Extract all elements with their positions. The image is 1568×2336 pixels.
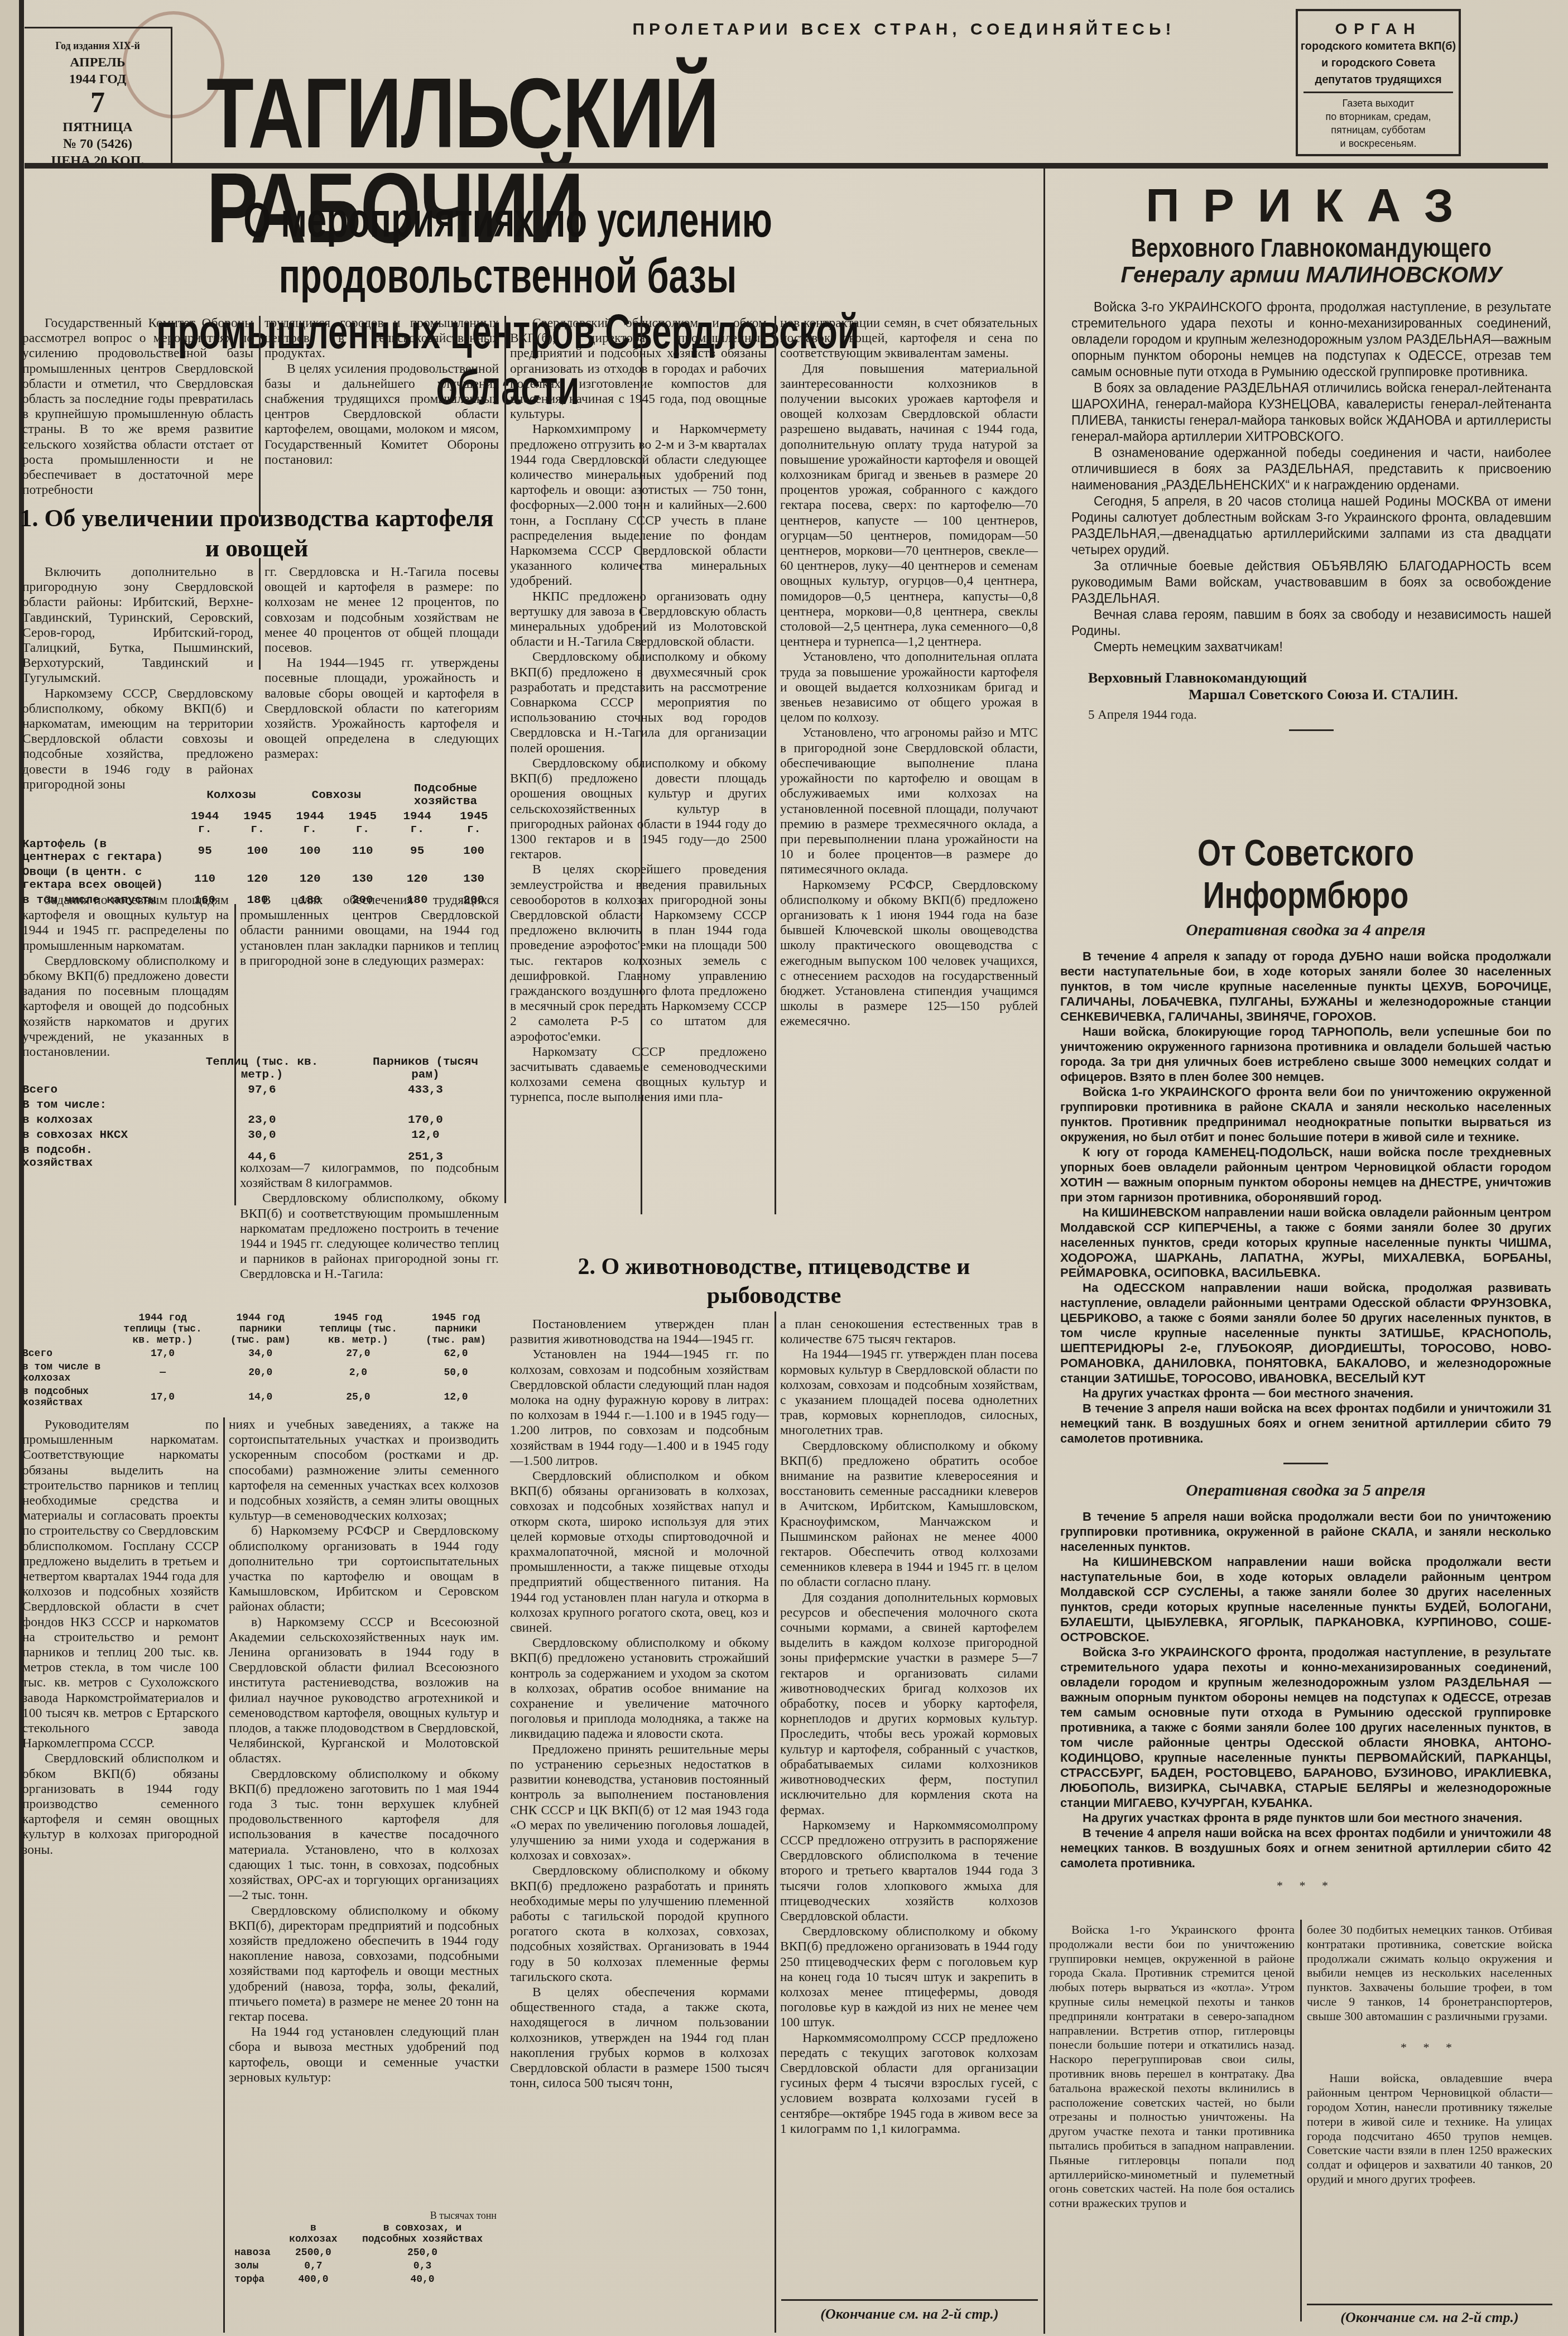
column-rule [504, 316, 506, 1203]
cell: 95 [389, 837, 446, 865]
paragraph: Свердловскому облисполкому и обкому ВКП(… [22, 954, 229, 1060]
cell: 100 [445, 837, 502, 865]
table-header: в совхозах, и подсобных хозяйствах [348, 2222, 497, 2246]
paragraph: В целях обеспечения кормами общественног… [510, 1985, 769, 2091]
paragraph: В целях усиления продовольственной базы … [264, 362, 499, 468]
section-headline: 2. О животноводстве, птицеводстве и рыбо… [510, 1252, 1038, 1310]
row-label: Всего [22, 1347, 111, 1361]
cell: 62,0 [410, 1347, 502, 1361]
paragraph: Свердловскому облисполкому и обкому ВКП(… [510, 1636, 769, 1742]
cell: 14,0 [214, 1385, 307, 1410]
article-column: Войска 1-го Украинского фронта продолжал… [1049, 1922, 1295, 2210]
paragraph: Войска 1-го Украинского фронта продолжал… [1049, 1922, 1295, 2210]
cell: 120 [231, 865, 283, 893]
paragraph: НКПС предложено организовать одну вертуш… [510, 589, 767, 650]
organ-line: депутатов трудящихся [1298, 71, 1459, 88]
article-column: Руководителям по промышленным наркоматам… [22, 1417, 219, 1858]
table-header: Колхозы [179, 781, 283, 809]
cell: 100 [284, 837, 336, 865]
issue-number: № 70 (5426) [25, 136, 171, 152]
masthead-rule [25, 163, 1548, 169]
article-column: колхозам—7 килограммов, по подсобным хоз… [240, 1161, 499, 1282]
section-stars: * * * [1060, 1878, 1551, 1893]
column-rule [1300, 1920, 1302, 2321]
paragraph: Включить дополнительно в пригородную зон… [22, 565, 253, 686]
column-rule [259, 316, 261, 517]
paragraph: Свердловскому облисполкому и обкому ВКП(… [780, 1439, 1038, 1590]
cell: 20,0 [214, 1361, 307, 1385]
signature-name: Маршал Советского Союза И. СТАЛИН. [1189, 686, 1551, 703]
paragraph: В течение 5 апреля наши войска продолжал… [1060, 1509, 1551, 1554]
table-row: в колхозах23,0170,0 [22, 1113, 502, 1128]
table-row: Картофель (в центнерах с гектара) 951001… [22, 837, 502, 865]
paragraph: На КИШИНЕВСКОМ направлении наши войска п… [1060, 1554, 1551, 1645]
table-header: Совхозы [284, 781, 389, 809]
cell: 120 [389, 865, 446, 893]
paragraph: Для создания дополнительных кормовых рес… [780, 1590, 1038, 1818]
paragraph: К югу от города КАМЕНЕЦ-ПОДОЛЬСК, наши в… [1060, 1145, 1551, 1205]
table-header: 1945 год парники (тыс. рам) [410, 1311, 502, 1347]
binding-spine [0, 0, 24, 2336]
paragraph: а план сенокошения естественных трав в к… [780, 1317, 1038, 1347]
divider [1289, 729, 1334, 731]
article-column: В целях обеспечения трудящихся промышлен… [240, 893, 499, 969]
paragraph: В ознаменование одержанной победы соедин… [1071, 445, 1551, 493]
paragraph: Наркоммясомолпрому СССР предложено перед… [780, 2031, 1038, 2137]
informburo-title: От Советского Информбюро [1104, 831, 1507, 916]
year-cell: 1944 г. [179, 809, 231, 837]
cell: 97,6 [175, 1083, 349, 1098]
paragraph: Войска 3-го УКРАИНСКОГО фронта, продолжа… [1071, 299, 1551, 380]
article-column: а план сенокошения естественных трав в к… [780, 1317, 1038, 2137]
paragraph: Свердловскому облисполкому, обкому ВКП(б… [240, 1191, 499, 1282]
row-label: торфа [234, 2273, 278, 2286]
article-column: Свердловский облисполком и обком ВКП(б),… [510, 316, 767, 1105]
continued-note: (Окончание см. на 2-й стр.) [1307, 2309, 1552, 2326]
paragraph: б) Наркомзему РСФСР и Свердловскому обли… [229, 1523, 499, 1614]
divider [1304, 92, 1453, 93]
schedule-line: и воскресеньям. [1298, 137, 1459, 150]
day: 7 [25, 88, 171, 119]
article-column: Задания по посевным площадям картофеля и… [22, 893, 229, 1060]
cell: 17,0 [111, 1347, 214, 1361]
year: 1944 ГОД [25, 71, 171, 88]
cell: 50,0 [410, 1361, 502, 1385]
prikaz-addressee: Генералу армии МАЛИНОВСКОМУ [1071, 263, 1551, 288]
paragraph: Наркомзему СССР, Свердловскому облисполк… [22, 686, 253, 792]
paragraph: гг. Свердловска и Н.-Тагила посевы овоще… [264, 565, 499, 656]
year-cell: 1944 г. [284, 809, 336, 837]
newspaper-page: Год издания XIX-й АПРЕЛЬ 1944 ГОД 7 ПЯТН… [0, 0, 1568, 2336]
schedule-line: пятницам, субботам [1298, 123, 1459, 137]
table-row: В том числе: [22, 1098, 502, 1113]
month: АПРЕЛЬ [25, 54, 171, 71]
paragraph: в) Наркомзему СССР и Всесоюзной Академии… [229, 1615, 499, 1767]
paragraph: На 1944 год установлен следующий план сб… [229, 2025, 499, 2085]
article-column: Постановлением утвержден план развития ж… [510, 1317, 769, 2091]
cell: 130 [445, 865, 502, 893]
section-headline: 1. Об увеличении производства картофеля … [11, 503, 502, 564]
paragraph: В боях за овладение РАЗДЕЛЬНАЯ отличилис… [1071, 380, 1551, 445]
year-cell: 1944 г. [389, 809, 446, 837]
paragraph: ниях и учебных заведениях, а также на со… [229, 1417, 499, 1523]
paragraph: За отличные боевые действия ОБЪЯВЛЯЮ БЛА… [1071, 558, 1551, 607]
organ-box: ОРГАН городского комитета ВКП(б) и город… [1296, 9, 1461, 156]
column-rule [775, 1311, 776, 2333]
paragraph: Установлено, что агрономы райзо и МТС в … [780, 725, 1038, 877]
paragraph: Наркомхимпрому и Наркомчермету предложен… [510, 422, 767, 589]
organ-line: и городского Совета [1298, 55, 1459, 71]
table-row: в подсобных хозяйствах17,014,025,012,0 [22, 1385, 502, 1410]
year-cell: 1945 г. [336, 809, 389, 837]
paragraph: колхозам—7 килограммов, по подсобным хоз… [240, 1161, 499, 1191]
paragraph: Свердловскому облисполкому и обкому ВКП(… [510, 1863, 769, 1985]
row-label: Картофель (в центнерах с гектара) [22, 837, 179, 865]
paragraph: На 1944—1945 гг. утвержден план посева к… [780, 1347, 1038, 1438]
prikaz-subtitle: Верховного Главнокомандующего [1114, 233, 1508, 263]
year-cell: 1945 г. [231, 809, 283, 837]
construction-table: 1944 год теплицы (тыс. кв. метр.) 1944 г… [22, 1311, 502, 1410]
paragraph: Свердловский облисполком и обком ВКП(б) … [22, 1751, 219, 1857]
cell: 25,0 [307, 1385, 410, 1410]
table-row: Всего17,034,027,062,0 [22, 1347, 502, 1361]
cell: 23,0 [175, 1113, 349, 1128]
cell: 40,0 [348, 2273, 497, 2286]
cell: 17,0 [111, 1385, 214, 1410]
paragraph: трудящихся городов и промышленных центро… [264, 316, 499, 362]
article-column: нов контрактации семян, в счет обязатель… [780, 316, 1038, 1030]
slogan: ПРОЛЕТАРИИ ВСЕХ СТРАН, СОЕДИНЯЙТЕСЬ! [625, 20, 1183, 39]
cell: 100 [231, 837, 283, 865]
paragraph: На других участках фронта в ряде пунктов… [1060, 1810, 1551, 1825]
table-row: золы0,70,3 [234, 2260, 497, 2273]
greenhouse-table: Теплиц (тыс. кв. метр.) Парников (тысяч … [22, 1055, 502, 1171]
year-label: Год издания XIX-й [25, 37, 171, 54]
paragraph: Войска 1-го УКРАИНСКОГО фронта вели бои … [1060, 1084, 1551, 1145]
cell: 170,0 [349, 1113, 502, 1128]
cell: 120 [284, 865, 336, 893]
cell: 2,0 [307, 1361, 410, 1385]
column-rule [223, 1417, 225, 2333]
row-label: Всего [22, 1083, 175, 1098]
paragraph: Установлен на 1944—1945 гг. по колхозам,… [510, 1347, 769, 1469]
cell: 95 [179, 837, 231, 865]
table-row: в том числе в колхозах—20,02,050,0 [22, 1361, 502, 1385]
cell: 34,0 [214, 1347, 307, 1361]
paragraph: Войска 3-го УКРАИНСКОГО фронта, продолжа… [1060, 1645, 1551, 1810]
paragraph: Свердловскому облисполкому и обкому ВКП(… [510, 650, 767, 756]
organ-line: городского комитета ВКП(б) [1298, 38, 1459, 55]
table-unit: В тысячах тонн [234, 2210, 497, 2222]
paragraph: На 1944—1945 гг. утверждены посевные пло… [264, 656, 499, 762]
schedule-line: по вторникам, средам, [1298, 110, 1459, 123]
paragraph: В целях обеспечения трудящихся промышлен… [240, 893, 499, 969]
row-label: золы [234, 2260, 278, 2273]
column-rule [1043, 169, 1045, 2334]
table-header: в колхозах [278, 2222, 348, 2246]
table-row: Всего97,6433,3 [22, 1083, 502, 1098]
fertilizer-table: В тысячах тонн в колхозах в совхозах, и … [234, 2210, 497, 2286]
table-header: 1944 год парники (тыс. рам) [214, 1311, 307, 1347]
cell: 130 [336, 865, 389, 893]
article-column: Государственный Комитет Обороны рассмотр… [22, 316, 253, 498]
prikaz-section: ПРИКАЗ Верховного Главнокомандующего Ген… [1071, 179, 1551, 731]
svodka-body: В течение 4 апреля к западу от города ДУ… [1060, 949, 1551, 1446]
paragraph: Сегодня, 5 апреля, в 20 часов столица на… [1071, 493, 1551, 558]
column-rule [775, 316, 776, 1214]
prikaz-date: 5 Апреля 1944 года. [1088, 706, 1551, 723]
cell: 2500,0 [278, 2246, 348, 2260]
cell: 0,7 [278, 2260, 348, 2273]
paragraph: В целях скорейшего проведения землеустро… [510, 862, 767, 1044]
cell: 250,0 [348, 2246, 497, 2260]
paragraph: Наркомзему РСФСР, Свердловскому облиспол… [780, 878, 1038, 1030]
paragraph: Свердловский облисполком и обком ВКП(б),… [510, 316, 767, 422]
signature-title: Верховный Главнокомандующий [1088, 670, 1551, 686]
paragraph: Предложено принять решительные меры по у… [510, 1742, 769, 1864]
cell: 400,0 [278, 2273, 348, 2286]
table-header: 1944 год теплицы (тыс. кв. метр.) [111, 1311, 214, 1347]
paragraph: Свердловский облисполком и обком ВКП(б) … [510, 1469, 769, 1636]
paragraph: Наркомзату СССР предложено засчитывать с… [510, 1045, 767, 1105]
paragraph: Наши войска, блокирующие город ТАРНОПОЛЬ… [1060, 1024, 1551, 1084]
svodka-title: Оперативная сводка за 5 апреля [1060, 1481, 1551, 1500]
table-row: навоза2500,0250,0 [234, 2246, 497, 2260]
year-cell: 1945 г. [445, 809, 502, 837]
paragraph: В течение 4 апреля к западу от города ДУ… [1060, 949, 1551, 1024]
article-column: более 30 подбитых немецких танков. Отбив… [1307, 1922, 1552, 2186]
cell: 30,0 [175, 1128, 349, 1143]
paragraph: На КИШИНЕВСКОМ направлении наши войска о… [1060, 1205, 1551, 1280]
table-row: торфа400,040,0 [234, 2273, 497, 2286]
paragraph: Руководителям по промышленным наркоматам… [22, 1417, 219, 1751]
paragraph: Свердловскому облисполкому и обкому ВКП(… [780, 1924, 1038, 2030]
issue-info-box: Год издания XIX-й АПРЕЛЬ 1944 ГОД 7 ПЯТН… [25, 27, 172, 165]
row-label: навоза [234, 2246, 278, 2260]
cell: 27,0 [307, 1347, 410, 1361]
row-label: Овощи (в центн. с гектара всех овощей) [22, 865, 179, 893]
divider [1307, 2304, 1552, 2305]
table-row: Овощи (в центн. с гектара всех овощей) 1… [22, 865, 502, 893]
paragraph: Свердловскому облисполкому и обкому ВКП(… [229, 1767, 499, 1904]
yield-table: Колхозы Совхозы Подсобные хозяйства 1944… [22, 781, 502, 908]
paragraph: Наши войска, овладевшие вчера районным ц… [1307, 2071, 1552, 2186]
row-label: в том числе в колхозах [22, 1361, 111, 1385]
divider [781, 2299, 1038, 2301]
section-stars: * * * [1307, 2040, 1552, 2055]
paragraph: Свердловскому облисполкому и обкому ВКП(… [229, 1904, 499, 2025]
cell: 0,3 [348, 2260, 497, 2273]
schedule-line: Газета выходит [1298, 97, 1459, 110]
informburo-section: От Советского Информбюро Оперативная сво… [1060, 831, 1551, 1893]
paragraph: Наркомзему и Наркоммясомолпрому СССР пре… [780, 1818, 1038, 1924]
weekday: ПЯТНИЦА [25, 119, 171, 136]
table-header: Подсобные хозяйства [389, 781, 502, 809]
cell: 110 [336, 837, 389, 865]
paragraph: Постановлением утвержден план развития ж… [510, 1317, 769, 1347]
paragraph: На других участках фронта — бои местного… [1060, 1386, 1551, 1401]
organ-title: ОРГАН [1298, 20, 1459, 38]
paragraph: Для повышения материальной заинтересован… [780, 362, 1038, 650]
article-column: Включить дополнительно в пригородную зон… [22, 565, 253, 792]
cell: 433,3 [349, 1083, 502, 1098]
prikaz-title: ПРИКАЗ [1071, 179, 1551, 233]
continued-note: (Окончание см. на 2-й стр.) [781, 2306, 1038, 2323]
row-label: в подсобн. хозяйствах [22, 1143, 175, 1171]
paragraph: Смерть немецким захватчикам! [1071, 639, 1551, 655]
paragraph: Вечная слава героям, павшим в боях за св… [1071, 607, 1551, 639]
cell: 12,0 [410, 1385, 502, 1410]
svodka-title: Оперативная сводка за 4 апреля [1060, 921, 1551, 940]
prikaz-body: Войска 3-го УКРАИНСКОГО фронта, продолжа… [1071, 299, 1551, 655]
row-label: В том числе: [22, 1098, 175, 1113]
row-label: в подсобных хозяйствах [22, 1385, 111, 1410]
table-header: 1945 год теплицы (тыс. кв. метр.) [307, 1311, 410, 1347]
paragraph: более 30 подбитых немецких танков. Отбив… [1307, 1922, 1552, 2023]
row-label: в колхозах [22, 1113, 175, 1128]
article-column: трудящихся городов и промышленных центро… [264, 316, 499, 468]
svodka-body: В течение 5 апреля наши войска продолжал… [1060, 1509, 1551, 1871]
paragraph: В течение 4 апреля наши войска на всех ф… [1060, 1825, 1551, 1871]
paragraph: нов контрактации семян, в счет обязатель… [780, 316, 1038, 362]
paragraph: Свердловскому облисполкому и обкому ВКП(… [510, 756, 767, 862]
table-header: Парников (тысяч рам) [349, 1055, 502, 1083]
table-header: Теплиц (тыс. кв. метр.) [175, 1055, 349, 1083]
article-column: гг. Свердловска и Н.-Тагила посевы овоще… [264, 565, 499, 762]
column-rule [259, 558, 261, 670]
paragraph: Государственный Комитет Обороны рассмотр… [22, 316, 253, 498]
cell: 12,0 [349, 1128, 502, 1143]
paragraph: На ОДЕССКОМ направлении наши войска, про… [1060, 1280, 1551, 1386]
cell: 110 [179, 865, 231, 893]
article-column: ниях и учебных заведениях, а также на со… [229, 1417, 499, 2085]
paragraph: Установлено, что дополнительная оплата т… [780, 650, 1038, 725]
paragraph: В течение 3 апреля наши войска на всех ф… [1060, 1401, 1551, 1446]
table-row: в совхозах НКСХ30,012,0 [22, 1128, 502, 1143]
cell: — [111, 1361, 214, 1385]
row-label: в совхозах НКСХ [22, 1128, 175, 1143]
headline-line-1: О мероприятиях по усилению продовольстве… [150, 192, 865, 304]
paragraph: Задания по посевным площадям картофеля и… [22, 893, 229, 954]
divider [1283, 1463, 1328, 1464]
